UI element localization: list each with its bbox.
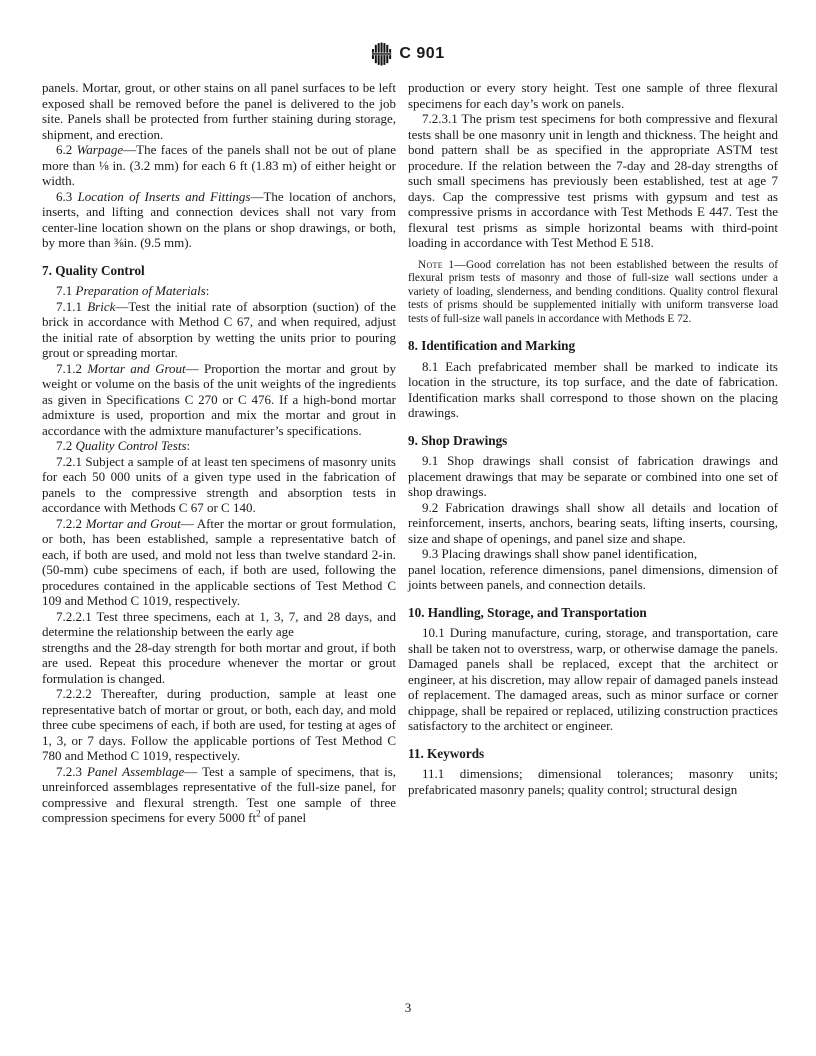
para-7-2-2-1: 7.2.2.1 Test three specimens, each at 1,… — [42, 609, 396, 687]
note-label: Note 1— — [418, 259, 466, 271]
para-9-3: 9.3 Placing drawings shall show panel id… — [408, 546, 778, 593]
two-column-text: panels. Mortar, grout, or other stains o… — [42, 80, 778, 826]
left-column: panels. Mortar, grout, or other stains o… — [42, 80, 396, 826]
astm-logo-icon — [371, 42, 392, 66]
page-footer: 3 — [0, 1000, 816, 1016]
italic-term: Quality Control Tests — [76, 438, 187, 453]
para-7-2-2: 7.2.2 Mortar and Grout— After the mortar… — [42, 516, 396, 609]
para-7-2-2-2: 7.2.2.2 Thereafter, during production, s… — [42, 686, 396, 764]
italic-term: Mortar and Grout — [87, 361, 185, 376]
section-heading-7: 7. Quality Control — [42, 263, 396, 279]
note-1: Note 1—Good correlation has not been est… — [408, 259, 778, 327]
para-7-1-1: 7.1.1 Brick—Test the initial rate of abs… — [42, 299, 396, 361]
standard-designation: C 901 — [399, 45, 444, 63]
italic-term: Panel Assemblage — [87, 764, 184, 779]
document-page: C 901 panels. Mortar, grout, or other st… — [0, 0, 816, 1056]
para-10-1: 10.1 During manufacture, curing, storage… — [408, 625, 778, 734]
para-8-1: 8.1 Each prefabricated member shall be m… — [408, 359, 778, 421]
para-7-2: 7.2 Quality Control Tests: — [42, 438, 396, 454]
para-7-2-3-1: 7.2.3.1 The prism test specimens for bot… — [408, 111, 778, 251]
italic-term: Brick — [87, 299, 115, 314]
para-6-2: 6.2 Warpage—The faces of the panels shal… — [42, 142, 396, 189]
para-9-1: 9.1 Shop drawings shall consist of fabri… — [408, 453, 778, 500]
right-column: production or every story height. Test o… — [408, 80, 778, 826]
para-11-1: 11.1 dimensions; dimensional tolerances;… — [408, 766, 778, 797]
section-heading-11: 11. Keywords — [408, 746, 778, 762]
page-number: 3 — [405, 1000, 412, 1015]
para-continuation: panels. Mortar, grout, or other stains o… — [42, 80, 396, 142]
para-7-2-3: 7.2.3 Panel Assemblage— Test a sample of… — [42, 764, 396, 826]
para-6-3: 6.3 Location of Inserts and Fittings—The… — [42, 189, 396, 251]
section-heading-8: 8. Identification and Marking — [408, 338, 778, 354]
italic-term: Location of Inserts and Fittings — [78, 189, 251, 204]
section-heading-10: 10. Handling, Storage, and Transportatio… — [408, 605, 778, 621]
para-7-1-2: 7.1.2 Mortar and Grout— Proportion the m… — [42, 361, 396, 439]
para-7-1: 7.1 Preparation of Materials: — [42, 283, 396, 299]
para-7-2-1: 7.2.1 Subject a sample of at least ten s… — [42, 454, 396, 516]
para-continuation-right: production or every story height. Test o… — [408, 80, 778, 111]
italic-term: Preparation of Materials — [76, 283, 206, 298]
page-header: C 901 — [0, 42, 816, 66]
para-9-2: 9.2 Fabrication drawings shall show all … — [408, 500, 778, 547]
italic-term: Warpage — [77, 142, 123, 157]
italic-term: Mortar and Grout — [86, 516, 181, 531]
section-heading-9: 9. Shop Drawings — [408, 433, 778, 449]
